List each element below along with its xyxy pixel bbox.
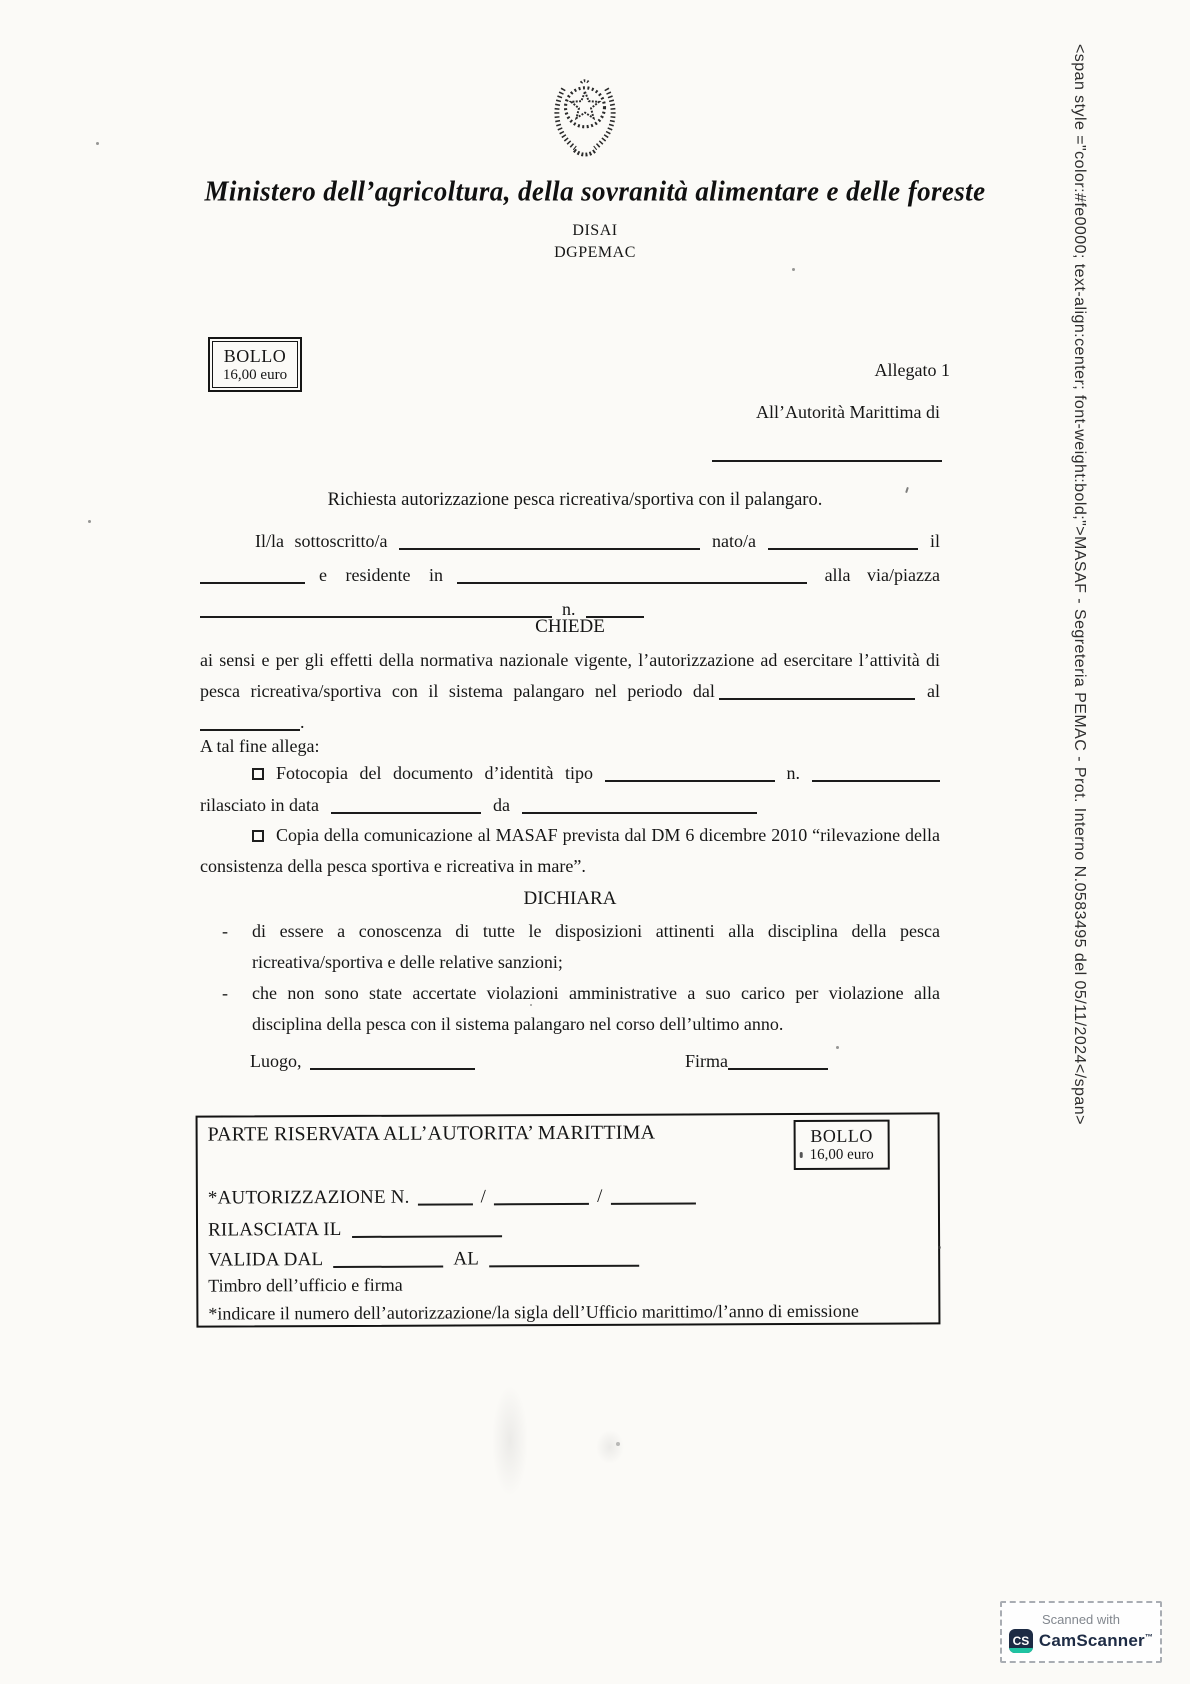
bollo-value: 16,00 euro [810,1147,874,1164]
camscanner-name-text: CamScanner [1039,1631,1145,1650]
declaration2-line1: che non sono state accertate violazioni … [252,978,940,1009]
valid-from-blank-line [333,1266,443,1268]
bollo-label: BOLLO [810,1126,873,1147]
department-dgpemac: DGPEMAC [0,244,1190,262]
resident-label: e residente in [319,560,443,591]
scan-smudge [596,1430,624,1464]
released-line: RILASCIATA IL [208,1218,502,1241]
scan-speck [938,1246,941,1249]
camscanner-badge: Scanned with CS CamScanner™ [1000,1601,1162,1663]
released-on-label: rilasciato in data [200,790,319,821]
auth-number-blank-2 [494,1203,589,1205]
slash: / [597,1186,603,1208]
declaration-item-1: di essere a conoscenza di tutte le dispo… [252,916,940,978]
declaration1-line1: di essere a conoscenza di tutte le dispo… [252,916,940,947]
scanned-with-label: Scanned with [1042,1612,1120,1627]
valid-to-label: AL [453,1248,479,1270]
place-label: Luogo, [250,1046,302,1077]
scan-speck [88,520,91,523]
declaration2-line2: disciplina della pesca con il sistema pa… [252,1009,940,1040]
bollo-label: BOLLO [224,346,287,367]
place-group: Luogo, [250,1046,475,1077]
reserved-footnote: *indicare il numero dell’autorizzazione/… [208,1301,859,1325]
signature-group: Firma [685,1046,828,1077]
birthdate-label: il [930,526,940,557]
subscriber-label: Il/la sottoscritto/a [200,526,387,557]
dichiara-heading: DICHIARA [200,888,940,910]
bollo-stamp-box-2: BOLLO 16,00 euro [794,1120,890,1170]
scanned-document-page: Ministero dell’agricoltura, della sovran… [0,0,1190,1684]
scan-speck [96,142,99,145]
applicant-line-2: e residente in alla via/piazza [200,560,940,591]
street-label: alla via/piazza [825,560,940,591]
released-blank-line [352,1235,502,1238]
camscanner-trademark: ™ [1145,1632,1153,1641]
camscanner-logo-bar [1009,1648,1033,1653]
city-blank-line [457,582,807,584]
camscanner-logo-icon: CS [1009,1629,1033,1653]
birthplace-blank-line [768,548,918,550]
checkbox-icon [252,768,264,780]
signature-label: Firma [685,1046,728,1077]
signature-blank-line [728,1068,828,1070]
auth-number-blank-3 [611,1202,696,1204]
office-stamp-label: Timbro dell’ufficio e firma [208,1275,403,1297]
attachment-item-2-line2: consistenza della pesca sportiva e ricre… [200,851,940,882]
declaration-dash-2: - [222,978,228,1009]
bollo-value: 16,00 euro [223,367,287,384]
attachment-item-1: Fotocopia del documento d’identità tipo … [200,758,940,789]
authority-reserved-section: PARTE RISERVATA ALL’AUTORITA’ MARITTIMA … [196,1112,941,1327]
attachment2-line1: Copia della comunicazione al MASAF previ… [276,820,940,851]
department-disai: DISAI [0,222,1190,240]
valid-to-blank-line [489,1265,639,1268]
attachment-item-1-line2: rilasciato in data da [200,790,757,821]
born-label: nato/a [712,526,756,557]
birthdate-blank-line [200,582,305,584]
slash: / [481,1186,487,1208]
authorization-number-label: *AUTORIZZAZIONE N. [208,1187,410,1210]
authorization-number-line: *AUTORIZZAZIONE N. / / [208,1185,696,1209]
scan-speck [836,1046,839,1049]
italy-emblem-icon [546,74,624,164]
period-to-label: al [927,676,940,707]
applicant-line-1: Il/la sottoscritto/a nato/a il [200,526,940,557]
scan-smudge [492,1386,528,1496]
bollo-stamp-box: BOLLO 16,00 euro [208,337,302,392]
ministry-title: Ministero dell’agricoltura, della sovran… [0,175,1190,207]
period-from-blank-line [719,698,915,700]
chiede-heading: CHIEDE [200,616,940,638]
request-paragraph-line2: pesca ricreativa/sportiva con il sistema… [200,676,940,707]
release-date-blank-line [331,812,481,814]
declaration1-line2: ricreativa/sportiva e delle relative san… [252,947,940,978]
released-label: RILASCIATA IL [208,1219,342,1242]
camscanner-logo-letters: CS [1013,1634,1030,1648]
release-by-blank-line [522,812,757,814]
request-line2-text: pesca ricreativa/sportiva con il sistema… [200,676,715,707]
doc-number-blank-line [812,780,940,782]
scan-speck [792,268,795,271]
auth-number-blank-1 [418,1203,473,1205]
place-blank-line [310,1068,475,1070]
authority-label: All’Autorità Marittima di [756,402,940,423]
camscanner-name: CamScanner™ [1039,1631,1153,1651]
name-blank-line [399,548,700,550]
declaration-dash-1: - [222,916,228,947]
request-paragraph-line1: ai sensi e per gli effetti della normati… [200,645,940,676]
authority-blank-line [712,460,942,462]
protocol-watermark: <span style ="color:#fe0000; text-align:… [1070,44,1088,1134]
released-by-label: da [493,790,510,821]
checkbox-icon [252,830,264,842]
doc-number-label: n. [787,758,801,789]
valid-from-label: VALIDA DAL [208,1249,323,1272]
scan-speck [800,1152,803,1158]
declaration-item-2: che non sono state accertate violazioni … [252,978,940,1040]
reserved-title: PARTE RISERVATA ALL’AUTORITA’ MARITTIMA [208,1122,656,1147]
attachment1-text: Fotocopia del documento d’identità tipo [276,758,593,789]
scan-speck [530,1004,532,1006]
validity-line: VALIDA DAL AL [208,1248,639,1272]
allegato-label: Allegato 1 [875,360,950,381]
request-title: Richiesta autorizzazione pesca ricreativ… [205,490,945,511]
doc-type-blank-line [605,780,775,782]
attachment-item-2: Copia della comunicazione al MASAF previ… [200,820,940,851]
